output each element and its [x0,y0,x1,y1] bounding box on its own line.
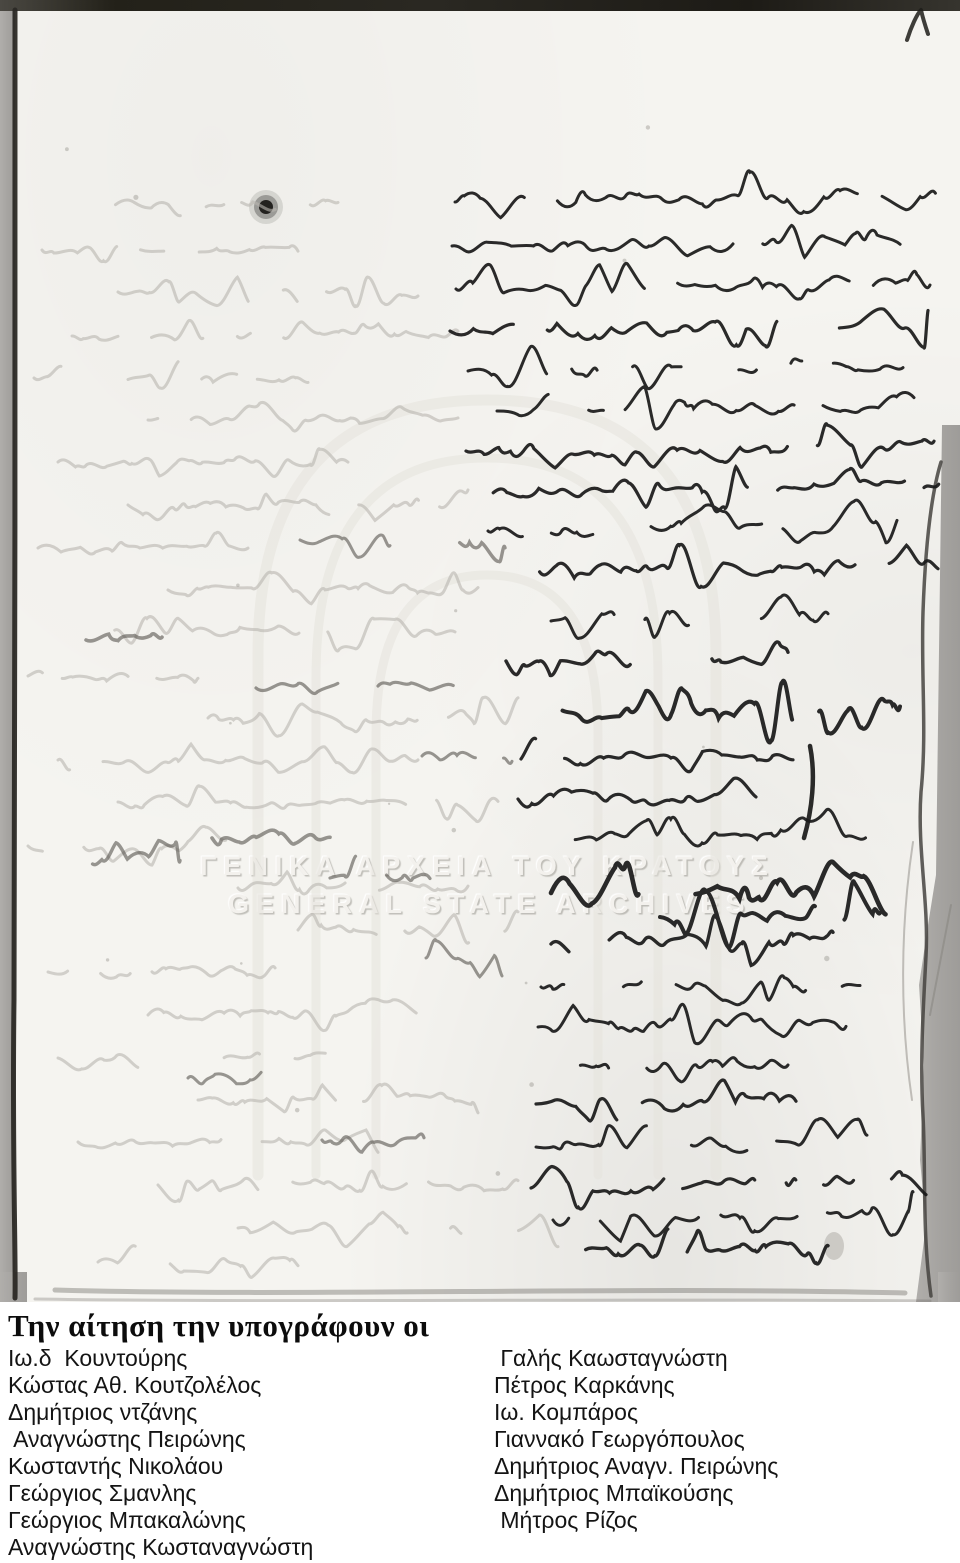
paper-speck [388,803,390,805]
handwriting-stroke [158,1171,518,1202]
paper-speck [824,956,829,961]
document-scan: ΓΕΝΙΚΑ ΑΡΧΕΙΑ ΤΟΥ ΚΡΑΤΟΥΣ GENERAL STATE … [0,0,960,1302]
handwriting-stroke [531,1167,926,1210]
handwriting-stroke [536,1119,867,1153]
manuscript-handwriting-svg [0,0,960,1302]
handwriting-stroke [34,362,308,389]
paper-speck [525,982,528,985]
handwriting-stroke [506,642,788,676]
handwriting-stroke [580,1058,788,1082]
handwriting-stroke [450,309,928,348]
handwriting-stroke [72,320,458,340]
handwriting-stroke [58,744,418,773]
signatory-name: Δημήτριος Αναγν. Πειρώνης [494,1453,778,1480]
paper-speck [240,962,243,965]
signatory-name: Αναγνώστης Κωσταναγνώστη [8,1534,313,1561]
bleedthrough-faint-strokes [28,200,558,1278]
paper-speck [452,828,457,833]
handwriting-stroke [460,542,505,561]
signatories-right-column: Γαλής ΚαωσταγνώστηΠέτρος ΚαρκάνηςΙω. Κομ… [494,1345,778,1534]
paper-speck [646,125,650,129]
paper-speck [133,195,138,200]
handwriting-stroke [28,671,198,682]
handwriting-stroke [98,1246,298,1278]
caption-title: Την αίτηση την υπογράφουν οι [8,1308,429,1344]
handwriting-ink-strokes [450,171,939,1264]
handwriting-stroke [422,752,512,763]
watermark-logo-arch [258,400,716,1175]
handwriting-stroke [540,544,938,587]
paper-speck [236,584,240,588]
handwriting-stroke [118,786,498,822]
handwriting-stroke [468,346,903,388]
handwriting-stroke [198,1084,478,1113]
paper-speck [106,958,109,961]
paper-speck [702,746,705,749]
paper-speck [229,722,232,725]
signatory-name: Δημήτριος ντζάνης [8,1399,313,1426]
signatory-name: Γεώργιος Σμανλης [8,1480,313,1507]
handwriting-stroke [378,682,453,690]
handwriting-stroke [553,1192,913,1242]
signatory-name: Γαλής Καωσταγνώστη [494,1345,778,1372]
handwriting-stroke [48,966,275,978]
signatory-name: Πέτρος Καρκάνης [494,1372,778,1399]
signatory-name: Μήτρος Ρίζος [494,1507,778,1534]
signatory-name: Κωσταντής Νικολάου [8,1453,313,1480]
signatory-name: Αναγνώστης Πειρώνης [8,1426,313,1453]
handwriting-stroke [455,171,935,218]
page: ΓΕΝΙΚΑ ΑΡΧΕΙΑ ΤΟΥ ΚΡΑΤΟΥΣ GENERAL STATE … [0,0,960,1563]
handwriting-stroke [300,535,390,557]
handwriting-stroke [38,532,248,554]
paper-speck [759,876,763,880]
handwriting-stroke [58,1053,325,1070]
signatory-name: Κώστας Αθ. Κουτζολέλος [8,1372,313,1399]
handwriting-stroke [238,1212,558,1246]
handwriting-stroke [456,263,930,305]
signatory-name: Ιω.δ Κουντούρης [8,1345,313,1372]
handwriting-stroke [563,681,901,743]
handwriting-stroke [42,246,298,262]
paper-speck [496,1171,501,1176]
signatory-name: Γιαννακό Γεωργόπουλος [494,1426,778,1453]
signatory-name: Γεώργιος Μπακαλώνης [8,1507,313,1534]
handwriting-stroke [551,595,828,638]
handwriting-stroke [538,1004,846,1044]
handwriting-stroke [426,940,502,977]
handwriting-stroke [116,200,339,216]
handwriting-stroke [541,976,860,1005]
handwriting-stroke [238,872,468,894]
handwriting-stroke [452,225,900,257]
handwriting-stroke [86,634,162,641]
paper-speck [65,147,69,151]
signatory-name: Ιω. Κομπάρος [494,1399,778,1426]
handwriting-stroke [188,1072,261,1083]
signatory-name: Δημήτριος Μπαϊκούσης [494,1480,778,1507]
handwriting-stroke [118,277,418,307]
paper-speck [529,1082,534,1087]
signatories-left-column: Ιω.δ ΚουντούρηςΚώστας Αθ. ΚουτζολέλοςΔημ… [8,1345,313,1561]
handwriting-stroke [256,683,338,693]
handwriting-stroke [536,1080,796,1121]
handwriting-stroke [298,911,518,943]
paper-speck [295,1108,300,1113]
paper-speck [454,609,457,612]
